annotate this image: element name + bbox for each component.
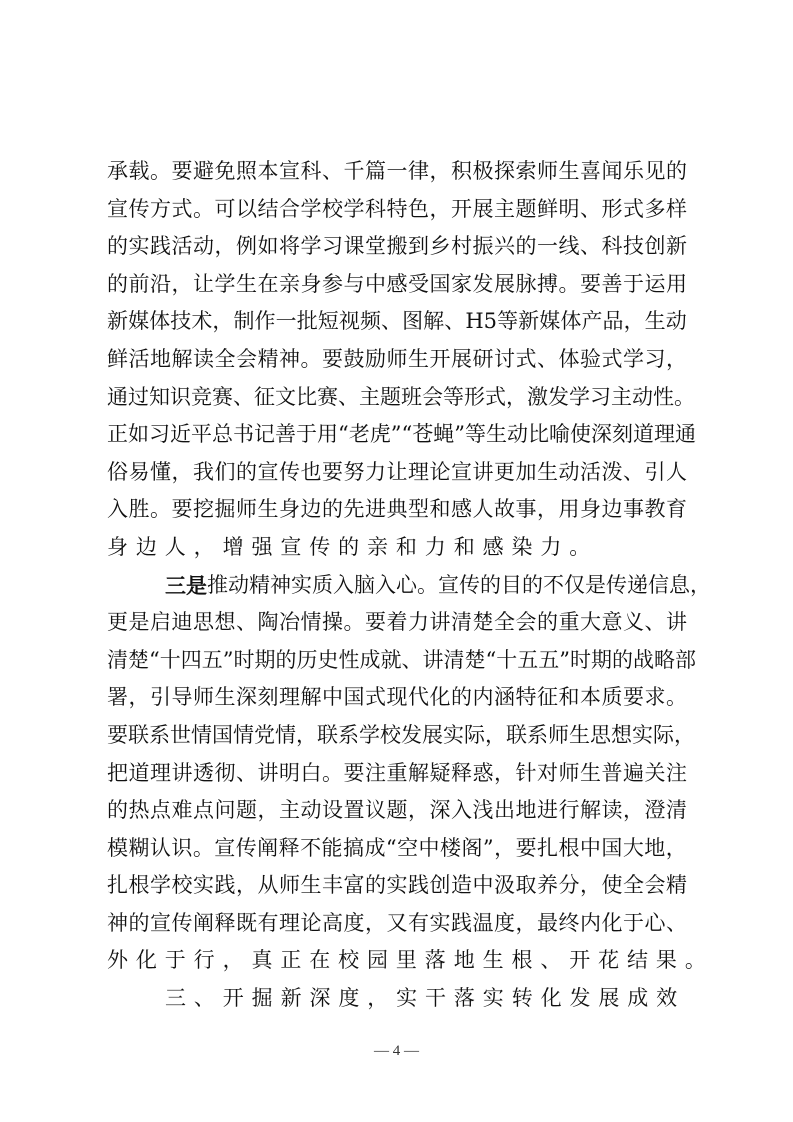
paragraph-first-line: 三是 推动精神实质入脑入心。宣传的目的不仅是传递信息， <box>107 567 687 605</box>
paragraph-line: 承载。要避免照本宣科、千篇一律，积极探索师生喜闻乐见的 <box>107 153 687 191</box>
body-text: 承载。要避免照本宣科、千篇一律，积极探索师生喜闻乐见的 宣传方式。可以结合学校学… <box>107 153 687 1018</box>
paragraph-2-first-line: 三是 推动精神实质入脑入心。宣传的目的不仅是传递信息， <box>165 567 687 605</box>
paragraph-line: 的实践活动，例如将学习课堂搬到乡村振兴的一线、科技创新 <box>107 228 687 266</box>
paragraph-line: 更是启迪思想、陶冶情操。要着力讲清楚全会的重大意义、讲 <box>107 604 687 642</box>
paragraph-line: 入胜。要挖掘师生身边的先进典型和感人故事，用身边事教育 <box>107 491 687 529</box>
paragraph-line: 扎根学校实践，从师生丰富的实践创造中汲取养分，使全会精 <box>107 867 687 905</box>
paragraph-line: 新媒体技术，制作一批短视频、图解、H5等新媒体产品，生动 <box>107 303 687 341</box>
paragraph-line: 的热点难点问题，主动设置议题，深入浅出地进行解读，澄清 <box>107 792 687 830</box>
paragraph-line: 正如习近平总书记善于用“老虎”“苍蝇”等生动比喻使深刻道理通 <box>107 416 687 454</box>
paragraph-line: 外化于行，真正在校园里落地生根、开花结果。 <box>107 942 687 980</box>
paragraph-line: 要联系世情国情党情，联系学校发展实际，联系师生思想实际， <box>107 717 687 755</box>
page-number: — 4 — <box>0 1043 793 1060</box>
paragraph-line: 宣传方式。可以结合学校学科特色，开展主题鲜明、形式多样 <box>107 191 687 229</box>
paragraph-line: 身边人，增强宣传的亲和力和感染力。 <box>107 529 687 567</box>
paragraph-lead-bold: 三是 <box>165 567 207 605</box>
paragraph-line: 署，引导师生深刻理解中国式现代化的内涵特征和本质要求。 <box>107 679 687 717</box>
paragraph-line: 俗易懂，我们的宣传也要努力让理论宣讲更加生动活泼、引人 <box>107 454 687 492</box>
section-heading: 三、开掘新深度，实干落实转化发展成效 <box>107 980 687 1018</box>
paragraph-line: 清楚“十四五”时期的历史性成就、讲清楚“十五五”时期的战略部 <box>107 642 687 680</box>
paragraph-line: 的前沿，让学生在亲身参与中感受国家发展脉搏。要善于运用 <box>107 266 687 304</box>
paragraph-line: 通过知识竞赛、征文比赛、主题班会等形式，激发学习主动性。 <box>107 379 687 417</box>
paragraph-line: 鲜活地解读全会精神。要鼓励师生开展研讨式、体验式学习， <box>107 341 687 379</box>
paragraph-line: 模糊认识。宣传阐释不能搞成“空中楼阁”，要扎根中国大地， <box>107 830 687 868</box>
document-page: 承载。要避免照本宣科、千篇一律，积极探索师生喜闻乐见的 宣传方式。可以结合学校学… <box>0 0 793 1122</box>
paragraph-line: 神的宣传阐释既有理论高度，又有实践温度，最终内化于心、 <box>107 905 687 943</box>
paragraph-line: 把道理讲透彻、讲明白。要注重解疑释惑，针对师生普遍关注 <box>107 755 687 793</box>
